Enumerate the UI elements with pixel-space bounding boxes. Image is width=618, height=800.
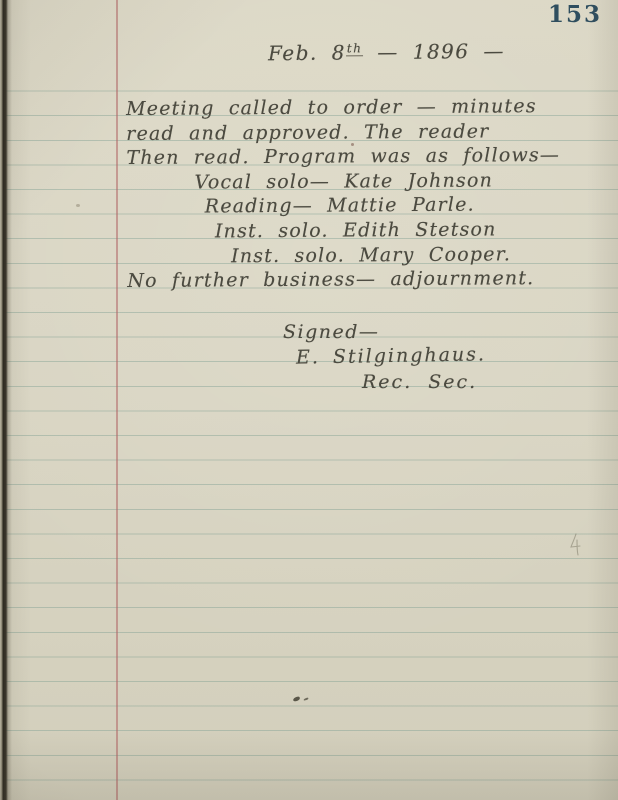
ink-blot [293, 696, 301, 702]
red-margin-line [116, 0, 118, 800]
minutes-line-program-item: Inst. solo. Mary Cooper. [231, 242, 547, 269]
page-number: 153 [548, 1, 602, 28]
paper-speck [76, 204, 80, 207]
minutes-line: Then read. Program was as follows— [126, 143, 546, 171]
minutes-line-program-item: Inst. solo. Edith Stetson [215, 217, 547, 244]
secretary-title: Rec. Sec. [362, 371, 477, 393]
binding-gutter-shadow [0, 0, 12, 800]
minutes-line: No further business— adjournment. [127, 266, 547, 294]
pencil-smudge [568, 532, 584, 562]
minutes-line-program-item: Vocal solo— Kate Johnson [195, 168, 547, 195]
date-ordinal: th [346, 41, 364, 56]
secretary-signature: E. Stilginghaus. [296, 343, 486, 368]
minutes-line: read and approved. The reader [126, 119, 546, 147]
minutes-line-program-item: Reading— Mattie Parle. [205, 192, 547, 219]
date-heading: Feb. 8th — 1896 — [268, 39, 505, 65]
minutes-line: Meeting called to order — minutes [126, 94, 546, 122]
minutes-body: Meeting called to order — minutes read a… [126, 94, 547, 294]
paper-speck [351, 143, 354, 146]
date-prefix: Feb. 8 [268, 40, 346, 65]
notebook-page: 153 Feb. 8th — 1896 — Meeting called to … [0, 0, 618, 800]
date-suffix: — 1896 — [363, 39, 505, 64]
signed-label: Signed— [283, 321, 379, 343]
